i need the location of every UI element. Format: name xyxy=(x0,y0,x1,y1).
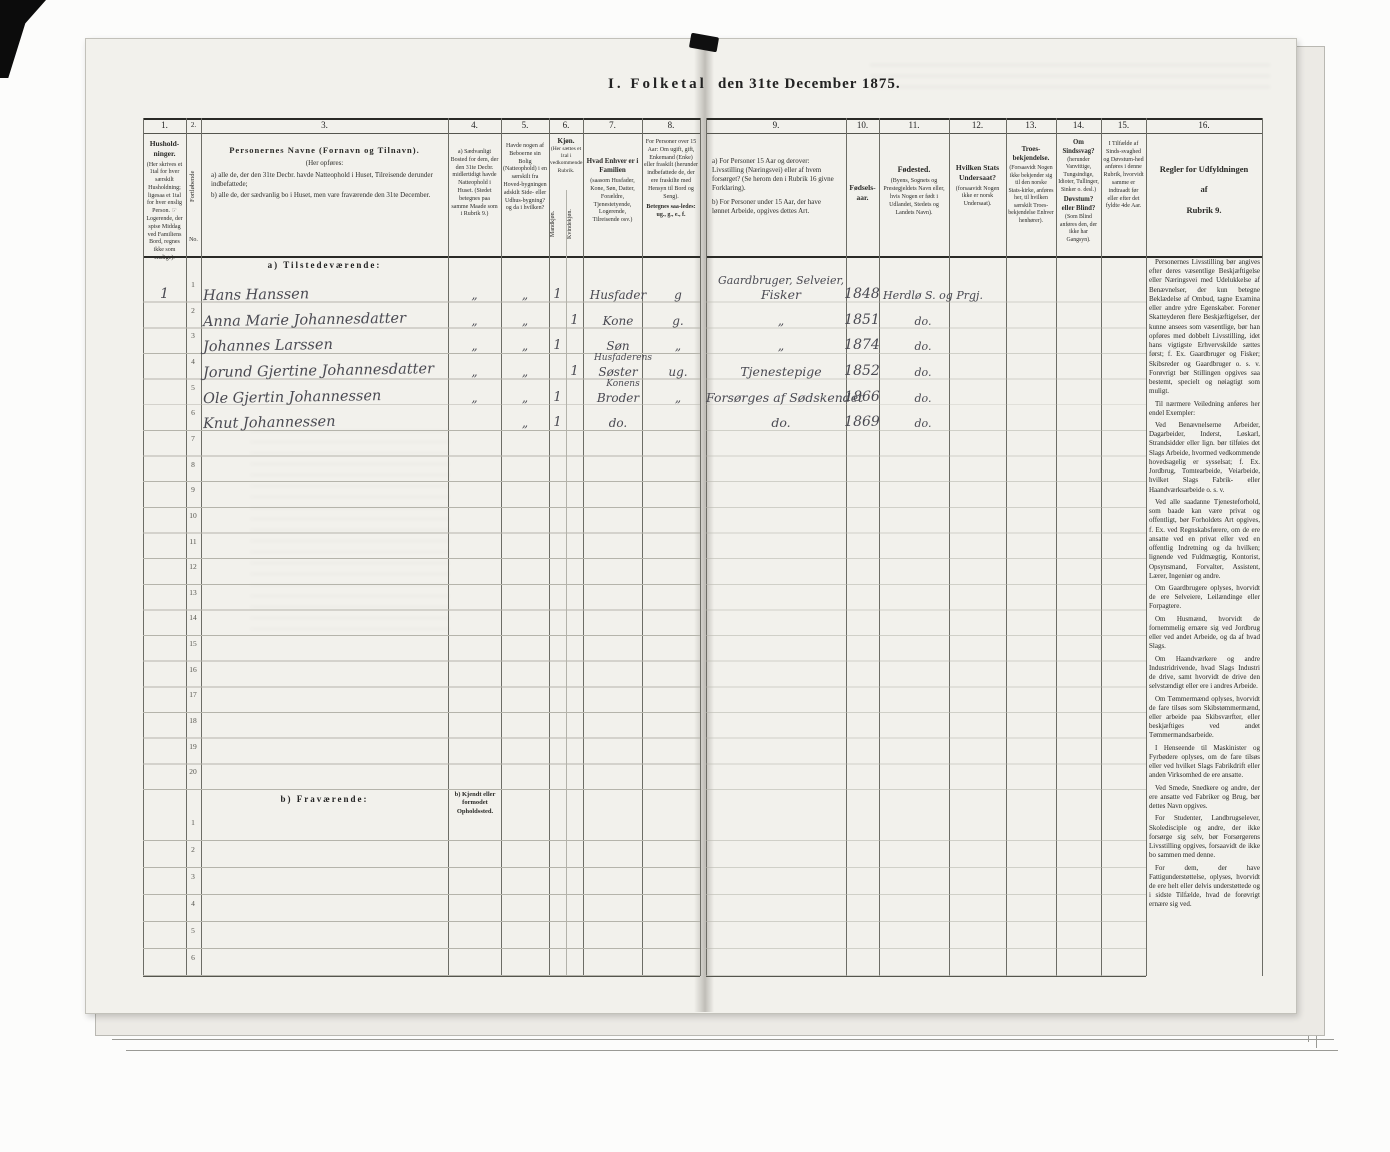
female-mark: 1 xyxy=(566,313,583,328)
header-citizenship-title: Hvilken Stats Undersaat? xyxy=(951,163,1004,183)
col-number: 11. xyxy=(879,118,949,133)
col-number: 12. xyxy=(949,118,1006,133)
census-scan-page: { "title": {"part1": "I. Folketal", "par… xyxy=(0,0,1390,1152)
person-name: Anna Marie Johannesdatter xyxy=(203,309,453,329)
header-birthplace-title: Fødested. xyxy=(881,165,947,175)
person-row: Anna Marie Johannesdatter „ „ 1 Kone g. … xyxy=(143,303,1262,329)
header-sex-male: Mandkjøn. xyxy=(550,195,564,253)
person-row: Jorund Gjertine Johannesdatter „ „ 1 Hus… xyxy=(143,354,1262,380)
header-onset-age: I Tilfælde af Sinds-svaghed og Døvstum-h… xyxy=(1101,135,1146,256)
section-b-residence-note: b) Kjendt eller formodet Opholdssted. xyxy=(450,791,500,816)
header-occupation: a) For Personer 15 Aar og derover: Livss… xyxy=(706,135,846,256)
marital-status: g. xyxy=(653,314,703,328)
outbuilding-mark: „ xyxy=(501,416,549,430)
family-position-upper: Husfaderens xyxy=(583,353,663,363)
header-marital-status: For Personer over 15 Aar: Om ugift, gift… xyxy=(642,135,700,256)
header-citizenship-note: (forsaavidt Nogen ikke er norsk Undersaa… xyxy=(956,186,1000,208)
header-names-title: Personernes Navne (Fornavn og Tilnavn). xyxy=(211,145,438,156)
family-position: Kone xyxy=(583,314,653,328)
header-deaf-blind-title: Døvstum? eller Blind? xyxy=(1058,196,1099,214)
rules-paragraph: I Henseende til Maskinister og Fyrbødere… xyxy=(1149,744,1260,781)
marital-status: g xyxy=(653,288,703,302)
header-religion-title: Troes-bekjendelse. xyxy=(1008,145,1054,163)
header-citizenship: Hvilken Stats Undersaat? (forsaavidt Nog… xyxy=(949,135,1006,256)
person-name: Jorund Gjertine Johannesdatter xyxy=(203,361,453,381)
rules-paragraph: Om Haandværkere og andre Industridrivend… xyxy=(1149,655,1260,692)
header-names-note-a: a) alle de, der den 31te Decbr. havde Na… xyxy=(211,171,438,189)
family-position: Broder xyxy=(583,391,653,405)
birth-year: 1848 xyxy=(841,286,883,302)
usual-residence-mark: „ xyxy=(448,339,501,353)
marital-status: ug. xyxy=(653,365,703,379)
person-name: Knut Johannessen xyxy=(203,412,453,432)
col-number: 1. xyxy=(143,118,186,133)
col-number: 2. xyxy=(186,118,201,133)
birth-year: 1874 xyxy=(841,337,883,353)
rules-paragraph: Om Husmænd, hvorvidt de fornemmelig ernæ… xyxy=(1149,615,1260,652)
female-mark: 1 xyxy=(566,364,583,379)
birthplace: do. xyxy=(883,417,963,430)
header-names-sub: (Her opføres: xyxy=(211,159,438,168)
header-mental-state-note: (herunder Vanvittige, Tungsindige, Idiot… xyxy=(1058,157,1099,193)
occupation: Tjenestepige xyxy=(706,364,856,379)
person-name: Hans Hanssen xyxy=(203,284,453,304)
header-outbuilding-note: Havde nogen af Beboerne sin Bolig (Natte… xyxy=(503,143,547,211)
header-mental-state-title: Om Sindssvag? xyxy=(1058,139,1099,157)
header-religion: Troes-bekjendelse. (Forsaavidt Nogen ikk… xyxy=(1006,135,1056,256)
person-row: 1 Hans Hanssen „ „ 1 Husfader g Gaardbru… xyxy=(143,277,1262,303)
header-households-note: (Her skrives et 1tal for hver særskilt H… xyxy=(146,162,182,262)
outbuilding-mark: „ xyxy=(501,339,549,353)
rules-paragraph: Om Tømmermænd oplyses, hvorvidt de fare … xyxy=(1149,695,1260,741)
bleedthrough-artifact xyxy=(870,64,1270,90)
header-rules: Regler for Udfyldningen af Rubrik 9. xyxy=(1146,135,1262,256)
birthplace: Herdlø S. og Prgj. xyxy=(883,289,963,302)
male-mark: 1 xyxy=(549,390,566,405)
family-position: do. xyxy=(583,416,653,430)
occupation: „ xyxy=(706,338,856,353)
rules-paragraph: Ved alle saadanne Tjenesteforhold, som b… xyxy=(1149,498,1260,581)
male-mark: 1 xyxy=(549,287,566,302)
header-marital-status-codes: Betegnes saa-ledes: ug., g., e., f. xyxy=(644,204,698,220)
page-title-right: den 31te December 1875. xyxy=(718,76,901,93)
header-family-position-title: Hvad Enhver er i Familien xyxy=(585,157,640,175)
usual-residence-mark: „ xyxy=(448,365,501,379)
header-family-position-note: (saasom Husfader, Kone, Søn, Datter, For… xyxy=(590,178,635,223)
family-position: Søn xyxy=(583,339,653,353)
header-birthplace: Fødested. (Byens, Sognets og Prestegjeld… xyxy=(879,135,949,256)
section-b-label: b) Fraværende: xyxy=(201,794,448,804)
occupation: do. xyxy=(706,415,856,430)
col-number: 3. xyxy=(201,118,448,133)
col-number: 7. xyxy=(583,118,642,133)
header-sex-note: (Her sættes et 1tal i vedkommende Rubrik… xyxy=(550,146,582,173)
family-position: Husfader xyxy=(583,288,653,302)
outbuilding-mark: „ xyxy=(501,314,549,328)
marital-status: „ xyxy=(653,339,703,353)
header-onset-age-note: I Tilfælde af Sinds-svaghed og Døvstum-h… xyxy=(1103,141,1143,209)
outbuilding-mark: „ xyxy=(501,288,549,302)
birthplace: do. xyxy=(883,315,963,328)
header-mental-state: Om Sindssvag? (herunder Vanvittige, Tung… xyxy=(1056,135,1101,256)
person-name: Johannes Larssen xyxy=(203,335,453,355)
outbuilding-mark: „ xyxy=(501,391,549,405)
occupation-upper: Gaardbruger, Selveier, xyxy=(706,274,856,287)
header-households-title: Hushold-ninger. xyxy=(145,139,184,159)
male-mark: 1 xyxy=(549,338,566,353)
header-rules-line2: af xyxy=(1148,179,1260,199)
col-number: 5. xyxy=(501,118,549,133)
col-number: 14. xyxy=(1056,118,1101,133)
header-sex-female: Kvindekjøn. xyxy=(567,195,581,253)
header-outbuilding: Havde nogen af Beboerne sin Bolig (Natte… xyxy=(501,135,549,256)
page-title-left: I. Folketal xyxy=(608,76,707,93)
family-position: Søster xyxy=(583,365,653,379)
header-rules-line1: Regler for Udfyldningen xyxy=(1148,159,1260,179)
header-sex-title: Kjøn. xyxy=(550,137,582,146)
household-number: 1 xyxy=(143,286,186,302)
col-number: 4. xyxy=(448,118,501,133)
birthplace: do. xyxy=(883,340,963,353)
header-birth-year: Fødsels-aar. xyxy=(846,135,879,256)
header-usual-residence-note: a) Sædvanligt Bosted for dem, der den 31… xyxy=(451,149,499,217)
usual-residence-mark: „ xyxy=(448,288,501,302)
header-birth-year-title: Fødsels-aar. xyxy=(849,183,875,202)
page-edge-line xyxy=(112,1039,1334,1040)
rules-paragraph: Om Gaardbrugere oplyses, hvorvidt de ere… xyxy=(1149,584,1260,612)
birth-year: 1869 xyxy=(841,414,883,430)
col-number: 10. xyxy=(846,118,879,133)
ruled-rows-b-right xyxy=(706,814,1146,976)
rules-paragraph: For Studenter, Landbrugselever, Skoledis… xyxy=(1149,814,1260,860)
header-running-number-no: No. xyxy=(186,237,201,245)
outbuilding-mark: „ xyxy=(501,365,549,379)
person-name: Ole Gjertin Johannessen xyxy=(203,386,453,406)
scan-corner-artifact xyxy=(0,0,46,78)
header-names-note-b: b) alle de, der sædvanlig bo i Huset, me… xyxy=(211,191,438,200)
section-a-label: a) Tilstedeværende: xyxy=(201,260,448,270)
col-number: 16. xyxy=(1146,118,1262,133)
person-row: Knut Johannessen „ 1 do. do. 1869 do. xyxy=(143,405,1262,431)
row-numbers-b: 123456 xyxy=(186,814,201,976)
occupation: „ xyxy=(706,313,856,328)
header-rules-line3: Rubrik 9. xyxy=(1148,200,1260,220)
col-number: 13. xyxy=(1006,118,1056,133)
usual-residence-mark: „ xyxy=(448,314,501,328)
header-names: Personernes Navne (Fornavn og Tilnavn). … xyxy=(201,135,448,256)
rules-for-column9-text: Personernes Livsstilling bør angives eft… xyxy=(1149,258,1260,913)
male-mark: 1 xyxy=(549,415,566,430)
occupation: Fisker xyxy=(706,287,856,302)
ruled-rows-b xyxy=(143,814,700,976)
page-edge-line xyxy=(126,1050,1338,1051)
birth-year: 1852 xyxy=(841,363,883,379)
family-position-upper: Konens xyxy=(583,379,663,389)
header-birthplace-note: (Byens, Sognets og Prestegjeldets Navn e… xyxy=(883,178,944,215)
col-number: 9. xyxy=(706,118,846,133)
header-religion-note: (Forsaavidt Nogen ikke bekjender sig til… xyxy=(1008,165,1054,224)
rules-paragraph: For dem, der have Fattigunderstøttelse, … xyxy=(1149,864,1260,910)
header-marital-status-note: For Personer over 15 Aar: Om ugift, gift… xyxy=(644,139,698,200)
rules-paragraph: Personernes Livsstilling bør angives eft… xyxy=(1149,258,1260,397)
occupation: Forsørges af Sødskendet xyxy=(706,390,856,405)
header-deaf-blind-note: (Som Blind anføres den, der ikke har Gan… xyxy=(1060,214,1097,243)
col-number: 15. xyxy=(1101,118,1146,133)
birthplace: do. xyxy=(883,366,963,379)
birth-year: 1851 xyxy=(841,312,883,328)
birthplace: do. xyxy=(883,392,963,405)
usual-residence-mark: „ xyxy=(448,391,501,405)
header-households: Hushold-ninger. (Her skrives et 1tal for… xyxy=(143,135,186,256)
person-row: Johannes Larssen „ „ 1 Søn „ „ 1874 do. xyxy=(143,328,1262,354)
person-row: Ole Gjertin Johannessen „ „ 1 Konens Bro… xyxy=(143,380,1262,406)
header-occupation-note-b: b) For Personer under 15 Aar, der have l… xyxy=(712,198,840,216)
header-running-number-label: Fortløbende xyxy=(189,139,197,234)
col-number: 8. xyxy=(642,118,700,133)
header-family-position: Hvad Enhver er i Familien (saasom Husfad… xyxy=(583,135,642,256)
col-number: 6. xyxy=(549,118,583,133)
rules-paragraph: Ved Benævnelserne Arbeider, Dagarbeider,… xyxy=(1149,421,1260,495)
header-running-number: Fortløbende No. xyxy=(186,135,201,256)
rules-paragraph: Ved Smede, Snedkere og andre, der ere an… xyxy=(1149,784,1260,812)
header-usual-residence: a) Sædvanligt Bosted for dem, der den 31… xyxy=(448,135,501,256)
rules-paragraph: Til nærmere Veiledning anføres her endel… xyxy=(1149,400,1260,418)
birth-year: 1866 xyxy=(841,389,883,405)
marital-status: „ xyxy=(653,391,703,405)
header-sex: Kjøn. (Her sættes et 1tal i vedkommende … xyxy=(549,135,583,256)
header-occupation-note-a: a) For Personer 15 Aar og derover: Livss… xyxy=(712,157,840,193)
